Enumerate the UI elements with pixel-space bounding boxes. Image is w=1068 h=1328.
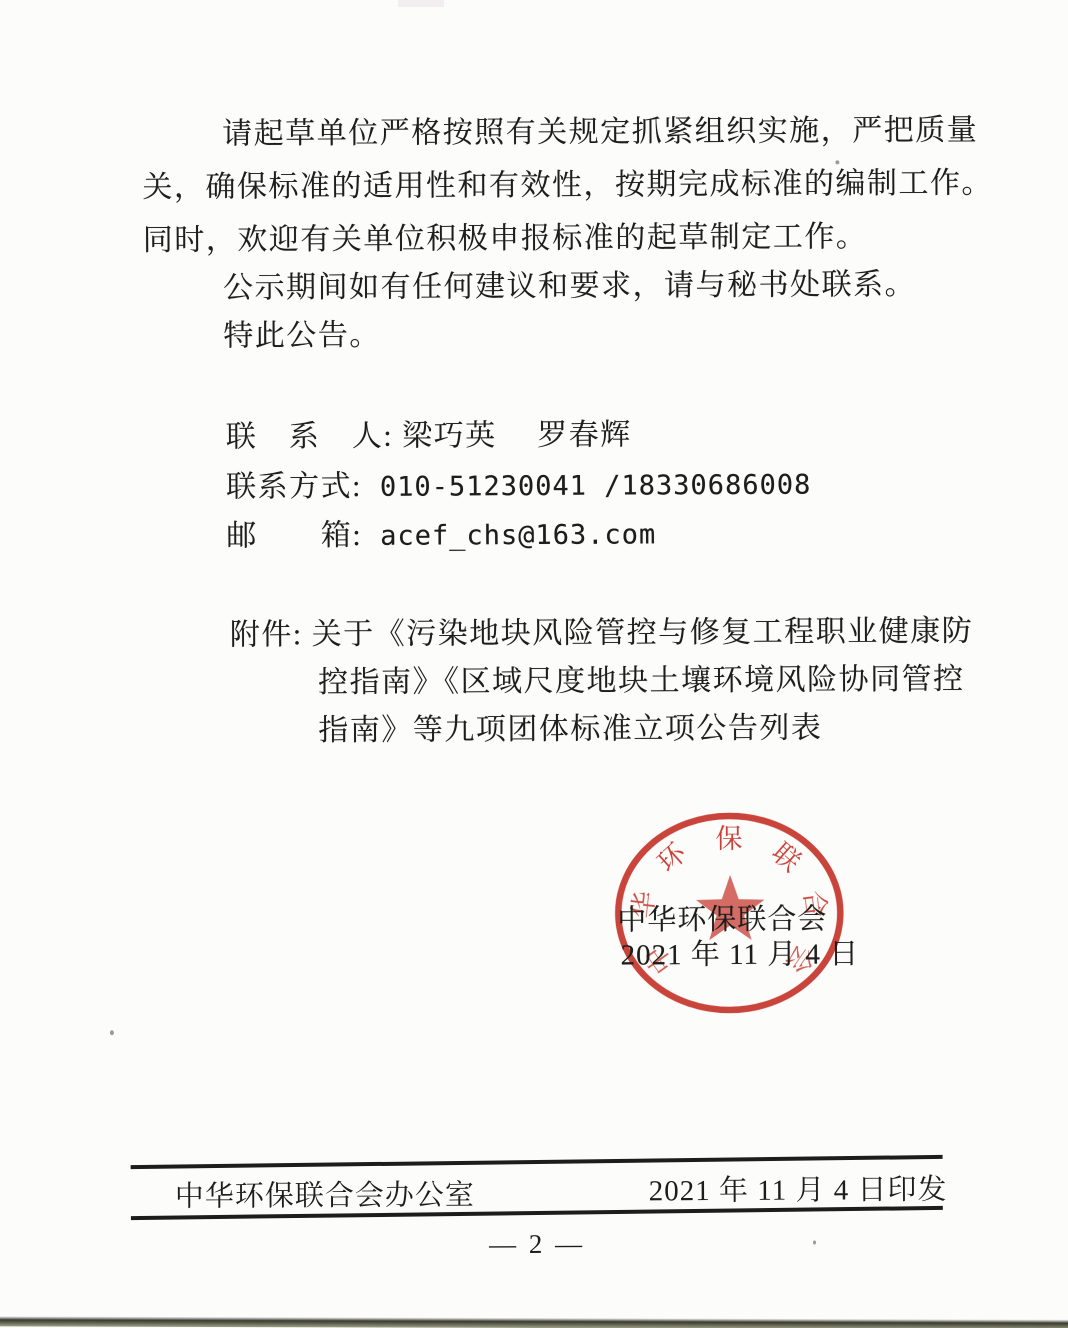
document-content: 请起草单位严格按照有关规定抓紧组织实施，严把质量 关，确保标准的适用性和有效性，… — [0, 0, 1068, 1328]
signature-date: 2021 年 11 月 4 日 — [620, 936, 859, 973]
attachment-label: 附件: — [230, 618, 303, 651]
seal-arc-char: 联 — [766, 837, 806, 877]
scan-speck — [813, 1241, 816, 1245]
contact-method-line: 联系方式: 010-51230041 /18330686008 — [226, 467, 811, 507]
attachment-line: 控指南》《区域尺度地块土壤环境风险协同管控 — [318, 662, 965, 701]
seal-arc-char: 保 — [715, 824, 742, 854]
scan-page-bottom-edge — [0, 1313, 1068, 1328]
contact-email-label: 邮 箱: — [226, 519, 362, 553]
footer-print-date: 2021 年 11 月 4 日印发 — [649, 1167, 948, 1210]
scan-speck — [835, 160, 839, 164]
attachment-title-segment: 关于《污染地块风险管控与修复工程职业健康防 — [312, 615, 974, 651]
body-paragraph-line: 特此公告。 — [223, 318, 381, 355]
footer-issuing-office: 中华环保联合会办公室 — [175, 1172, 475, 1215]
contact-person-line: 联 系 人: 梁巧英 罗春辉 — [226, 417, 632, 455]
contact-email-line: 邮 箱: acef_chs@163.com — [226, 516, 656, 555]
body-paragraph-line: 公示期间如有任何建议和要求，请与秘书处联系。 — [223, 267, 916, 307]
scanned-document-page: 请起草单位严格按照有关规定抓紧组织实施，严把质量 关，确保标准的适用性和有效性，… — [0, 0, 1068, 1328]
contact-person-names: 梁巧英 罗春辉 — [402, 418, 632, 452]
body-paragraph-line: 同时，欢迎有关单位积极申报标准的起草制定工作。 — [143, 219, 868, 259]
contact-phone-value: 010-51230041 /18330686008 — [380, 470, 812, 503]
contact-method-label: 联系方式: — [226, 470, 362, 504]
seal-arc-char: 环 — [652, 837, 693, 878]
body-paragraph-line: 关，确保标准的适用性和有效性，按期完成标准的编制工作。 — [142, 166, 993, 206]
attachment-line: 指南》等九项团体标准立项公告列表 — [318, 710, 822, 749]
signature-org: 中华环保联合会 — [617, 901, 827, 938]
attachment-line: 附件: 关于《污染地块风险管控与修复工程职业健康防 — [230, 614, 974, 654]
scan-speck — [110, 1030, 114, 1035]
body-paragraph-line: 请起草单位严格按照有关规定抓紧组织实施，严把质量 — [222, 113, 978, 153]
contact-email-value: acef_chs@163.com — [380, 519, 656, 551]
contact-person-label: 联 系 人: — [226, 420, 394, 454]
page-number: — 2 — — [3, 1226, 1068, 1263]
